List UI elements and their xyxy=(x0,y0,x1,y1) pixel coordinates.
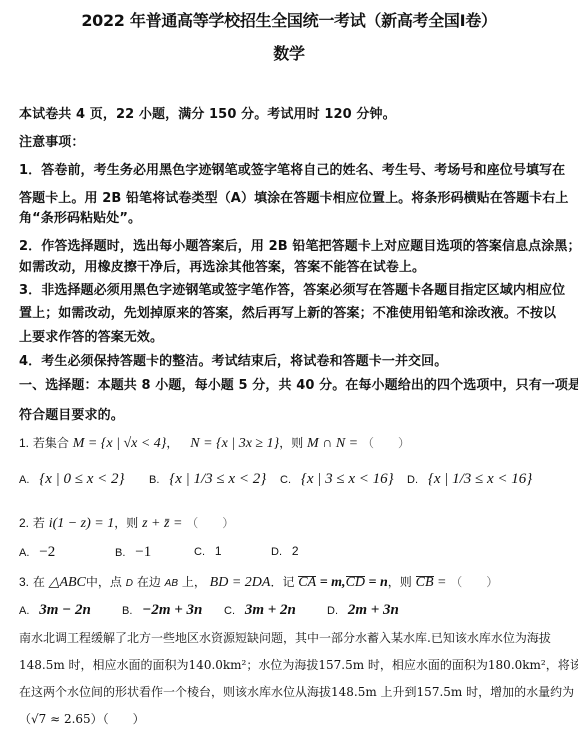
q2-option-c: C. 1 xyxy=(194,544,222,558)
vector-cb: CB xyxy=(416,575,434,591)
question-number: 3. xyxy=(19,575,29,589)
q3-option-b: B. −2m + 3n xyxy=(122,602,202,619)
note-2-line-1: 2．作答选择题时，选出每小题答案后，用 2B 铅笔把答题卡上对应题目选项的答案信… xyxy=(19,235,578,254)
note-2-line-2: 如需改动，用橡皮擦干净后，再选涂其他答案，答案不能答在试卷上。 xyxy=(19,256,425,275)
q2-option-b: B. −1 xyxy=(115,544,151,561)
exam-summary: 本试卷共 4 页，22 小题，满分 150 分。考试用时 120 分钟。 xyxy=(19,103,396,122)
note-4-line-1: 4．考生必须保持答题卡的整洁。考试结束后，将试卷和答题卡一并交回。 xyxy=(19,350,447,369)
note-1-line-2: 答题卡上。用 2B 铅笔将试卷类型（A）填涂在答题卡相应位置上。将条形码横贴在答… xyxy=(19,187,568,206)
q3-option-d: D. 2m + 3n xyxy=(327,602,399,619)
question-1: 1. 若集合 M = {x | √x < 4}， N = {x | 3x ≥ 1… xyxy=(19,434,410,452)
q2-option-d: D. 2 xyxy=(271,544,299,558)
question-ask: M ∩ N = xyxy=(307,436,358,451)
subject-title: 数学 xyxy=(0,41,578,64)
question-2: 2. 若 i(1 − z) = 1，则 z + z̄ = （ ） xyxy=(19,514,234,532)
note-3-line-2: 置上；如需改动，先划掉原来的答案，然后再写上新的答案；不准使用铅笔和涂改液。不按… xyxy=(19,302,556,321)
q1-option-c: C. {x | 3 ≤ x < 16} xyxy=(280,471,394,488)
question-number: 2. xyxy=(19,516,29,530)
answer-paren: （ ） xyxy=(362,436,410,450)
notes-heading: 注意事项： xyxy=(19,131,85,150)
section-1-heading-line-2: 符合题目要求的。 xyxy=(19,404,124,423)
q1-option-a: A. {x | 0 ≤ x < 2} xyxy=(19,471,125,488)
q1-option-d: D. {x | 1/3 ≤ x < 16} xyxy=(407,471,532,488)
q2-option-a: A. −2 xyxy=(19,544,55,561)
note-1-line-1: 1．答卷前，考生务必用黑色字迹钢笔或签字笔将自己的姓名、考生号、考场号和座位号填… xyxy=(19,159,565,178)
vector-cd: CD xyxy=(346,575,365,591)
q3-option-c: C. 3m + 2n xyxy=(224,602,296,619)
question-condition: BD = 2DA xyxy=(210,575,271,590)
question-4-line-1: 南水北调工程缓解了北方一些地区水资源短缺问题，其中一部分水蓄入某水库.已知该水库… xyxy=(19,629,551,646)
triangle-abc: △ABC xyxy=(49,575,86,590)
note-3-line-3: 上要求作答的答案无效。 xyxy=(19,326,163,345)
question-4-line-2: 148.5m 时，相应水面的面积为140.0km²；水位为海拔157.5m 时，… xyxy=(19,656,578,673)
set-n-definition: N = {x | 3x ≥ 1} xyxy=(190,436,279,451)
note-3-line-1: 3．非选择题必须用黑色字迹钢笔或签字笔作答，答案必须写在答题卡各题目指定区域内相… xyxy=(19,279,565,298)
question-4-line-4: （√7 ≈ 2.65）（ ） xyxy=(19,710,145,727)
question-4-line-3: 在这两个水位间的形状看作一个棱台，则该水库水位从海拔148.5m 上升到157.… xyxy=(19,683,574,700)
set-m-definition: M = {x | √x < 4} xyxy=(73,436,167,451)
vector-ca: CA xyxy=(298,575,316,591)
section-1-heading-line-1: 一、选择题：本题共 8 小题，每小题 5 分，共 40 分。在每小题给出的四个选… xyxy=(19,374,578,393)
exam-page: 2022 年普通高等学校招生全国统一考试（新高考全国Ⅰ卷） 数学 本试卷共 4 … xyxy=(0,0,578,745)
question-ask: z + z̄ = xyxy=(142,516,182,531)
question-condition: i(1 − z) = 1 xyxy=(49,516,115,531)
answer-paren: （ ） xyxy=(450,575,498,589)
exam-title: 2022 年普通高等学校招生全国统一考试（新高考全国Ⅰ卷） xyxy=(0,8,578,31)
q1-option-b: B. {x | 1/3 ≤ x < 2} xyxy=(149,471,266,488)
question-3: 3. 在 △ABC中，点 D 在边 AB 上， BD = 2DA．记 CA = … xyxy=(19,573,498,591)
answer-paren: （ ） xyxy=(186,516,234,530)
q3-option-a: A. 3m − 2n xyxy=(19,602,91,619)
question-number: 1. xyxy=(19,436,29,450)
note-1-line-3: 角“条形码粘贴处”。 xyxy=(19,207,141,226)
